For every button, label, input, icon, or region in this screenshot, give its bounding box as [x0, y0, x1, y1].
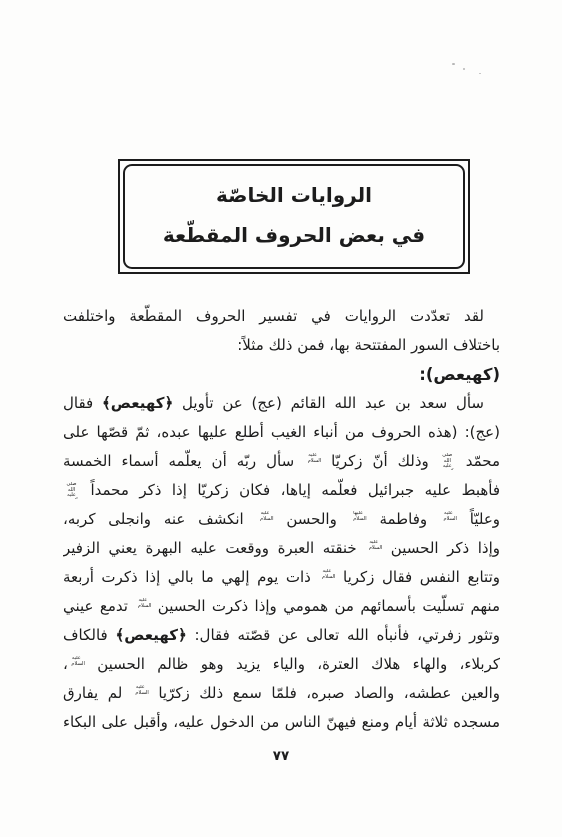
text-segment: لقد تعدّدت الروايات في تفسير الحروف المق… [63, 307, 484, 325]
text-segment: ذات يوم إلهي ما بالي إذا ذكرت أربعة [63, 568, 318, 586]
text-segment: سأل سعد بن عبد الله القائم (عج) عن تأويل [173, 394, 484, 412]
chapter-title-line-1: الروايات الخاصّة [133, 175, 455, 215]
honorific-stamp-icon: صلى الله عليه وآله [63, 482, 80, 499]
text-segment: تدمع عيني [63, 597, 134, 615]
text-line: باختلاف السور المفتتحة بها، فمن ذلك مثلا… [63, 331, 500, 360]
text-line: لقد تعدّدت الروايات في تفسير الحروف المق… [63, 302, 500, 331]
text-line: مسجده ثلاثة أيام ومنع فيهنّ الناس من الد… [63, 708, 500, 737]
text-segment: محمّد [456, 452, 500, 470]
scan-speck [463, 68, 465, 70]
text-segment: وعليّاً [457, 510, 500, 528]
text-line: (عج): (هذه الحروف من أنباء الغيب أطلع عل… [63, 418, 500, 447]
quran-citation: ﴿كهيعص﴾ [115, 626, 186, 644]
text-segment: باختلاف السور المفتتحة بها، فمن ذلك مثلا… [237, 336, 500, 354]
text-line: منهم تسلّيت بأسمائهم من همومي وإذا ذكرت … [63, 592, 500, 621]
body-text: لقد تعدّدت الروايات في تفسير الحروف المق… [63, 302, 500, 737]
text-line: وعليّاً عليه السلام وفاطمة عليها السلام … [63, 505, 500, 534]
text-segment: والحسن [274, 510, 350, 528]
text-line: سأل سعد بن عبد الله القائم (عج) عن تأويل… [63, 389, 500, 418]
honorific-stamp-icon: عليه السلام [365, 540, 382, 557]
honorific-stamp-icon: عليه السلام [304, 453, 321, 470]
text-segment: مسجده ثلاثة أيام ومنع فيهنّ الناس من الد… [63, 713, 500, 731]
scan-speck [452, 63, 455, 65]
text-segment: لم يفارق [63, 684, 132, 702]
honorific-stamp-icon: صلى الله عليه وآله [439, 453, 456, 470]
scan-speck [479, 73, 481, 74]
page-number: ٧٧ [0, 746, 562, 766]
chapter-title-inner-frame: الروايات الخاصّة في بعض الحروف المقطّعة [123, 164, 465, 269]
honorific-stamp-icon: عليه السلام [134, 598, 151, 615]
text-segment: فقال [63, 394, 102, 412]
text-segment: (عج): (هذه الحروف من أنباء الغيب أطلع عل… [63, 423, 500, 441]
text-line: وتثور زفرتي، فأنبأه الله تعالى عن قصّته … [63, 621, 500, 650]
text-segment: كربلاء، والهاء هلاك العترة، والياء يزيد … [85, 655, 500, 673]
text-line: فأهبط عليه جبرائيل فعلّمه إياها، فكان زك… [63, 476, 500, 505]
honorific-stamp-icon: عليه السلام [318, 569, 335, 586]
text-segment: وتثور زفرتي، فأنبأه الله تعالى عن قصّته … [187, 626, 500, 644]
honorific-stamp-icon: عليه السلام [132, 685, 149, 702]
text-line: والعين عطشه، والصاد صبره، فلمّا سمع ذلك … [63, 679, 500, 708]
honorific-stamp-icon: عليه السلام [257, 511, 274, 528]
text-segment: وتتابع النفس فقال زكريا [335, 568, 500, 586]
text-segment: (كهيعص): [419, 365, 500, 384]
text-line: وتتابع النفس فقال زكريا عليه السلام ذات … [63, 563, 500, 592]
chapter-title-box: الروايات الخاصّة في بعض الحروف المقطّعة [118, 159, 470, 274]
honorific-stamp-icon: عليه السلام [440, 511, 457, 528]
book-page: الروايات الخاصّة في بعض الحروف المقطّعة … [0, 0, 562, 837]
section-heading: (كهيعص): [63, 360, 500, 389]
text-segment: وإذا ذكر الحسين [382, 539, 500, 557]
quran-citation: ﴿كهيعص﴾ [102, 394, 173, 412]
text-segment: فأهبط عليه جبرائيل فعلّمه إياها، فكان زك… [80, 481, 500, 499]
text-segment: وفاطمة [367, 510, 440, 528]
text-segment: انكشف عنه وانجلى كربه، [63, 510, 257, 528]
honorific-stamp-icon: عليها السلام [350, 511, 367, 528]
text-line: وإذا ذكر الحسين عليه السلام خنقته العبرة… [63, 534, 500, 563]
text-segment: سأل ربّه أن يعلّمه أسماء الخمسة [63, 452, 304, 470]
honorific-stamp-icon: عليه السلام [68, 656, 85, 673]
text-line: كربلاء، والهاء هلاك العترة، والياء يزيد … [63, 650, 500, 679]
text-line: محمّد صلى الله عليه وآله وذلك أنّ زكريّا… [63, 447, 500, 476]
text-segment: منهم تسلّيت بأسمائهم من همومي وإذا ذكرت … [151, 597, 500, 615]
text-segment: خنقته العبرة ووقعت عليه البهرة يعني الزف… [63, 539, 365, 557]
text-segment: والعين عطشه، والصاد صبره، فلمّا سمع ذلك … [149, 684, 500, 702]
chapter-title-line-2: في بعض الحروف المقطّعة [133, 215, 455, 255]
text-segment: وذلك أنّ زكريّا [321, 452, 439, 470]
